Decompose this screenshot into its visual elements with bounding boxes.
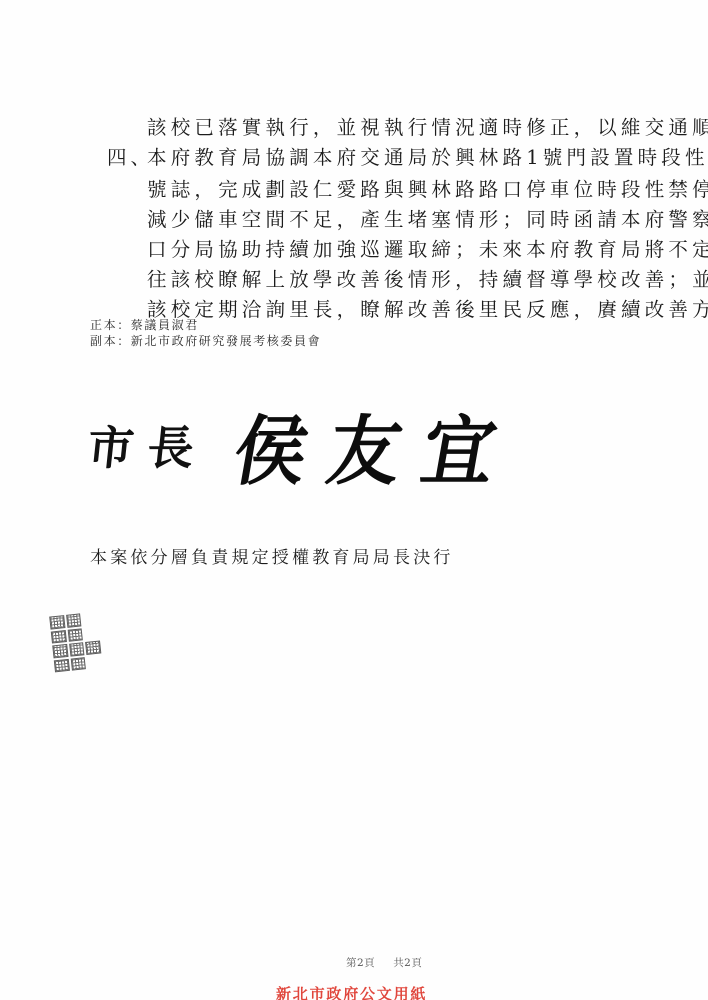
mayor-signature: 市長 侯友宜: [88, 395, 518, 495]
body-line-5: 口分局協助持續加強巡邏取締；未來本府教育局將不定時前: [147, 238, 708, 262]
seal-blank: [87, 655, 103, 669]
body-line-6: 往該校瞭解上放學改善後情形，持續督導學校改善；並要求: [147, 268, 708, 292]
seal-glyph: [49, 615, 65, 629]
official-seal-icon: [47, 609, 105, 674]
seal-glyph: [52, 644, 68, 658]
seal-glyph: [51, 630, 67, 644]
body-line-1: 該校已落實執行，並視執行情況適時修正，以維交通順暢。: [147, 116, 708, 140]
page-number: 第2頁共2頁: [346, 955, 422, 970]
seal-glyph: [54, 658, 70, 672]
page-total: 共2頁: [393, 957, 422, 969]
original-recipient: 正本：蔡議員淑君: [90, 317, 199, 333]
body-line-7: 該校定期洽詢里長，瞭解改善後里民反應，賡續改善方向。: [147, 298, 708, 322]
seal-blank: [82, 612, 98, 626]
body-line-2: 本府教育局協調本府交通局於興林路1號門設置時段性管制: [147, 146, 708, 170]
signature-title: 市長: [85, 412, 212, 478]
document-page: 該校已落實執行，並視執行情況適時修正，以維交通順暢。 四、 本府教育局協調本府交…: [0, 0, 708, 1000]
page-current: 第2頁: [346, 957, 375, 969]
seal-glyph: [67, 628, 83, 642]
letterhead-footer: 新北市政府公文用紙: [276, 983, 427, 1000]
seal-glyph: [70, 657, 86, 671]
copy-recipient: 副本：新北市政府研究發展考核委員會: [90, 333, 321, 349]
body-line-3: 號誌，完成劃設仁愛路與興林路路口停車位時段性禁停，以: [147, 178, 708, 202]
signature-name: 侯友宜: [226, 390, 527, 499]
seal-blank: [84, 626, 100, 640]
seal-glyph: [85, 640, 101, 654]
delegation-note: 本案依分層負責規定授權教育局局長決行: [90, 543, 454, 568]
body-line-4: 減少儲車空間不足，產生堵塞情形；同時函請本府警察局林: [147, 208, 708, 232]
seal-glyph: [69, 642, 85, 656]
seal-glyph: [66, 613, 82, 627]
